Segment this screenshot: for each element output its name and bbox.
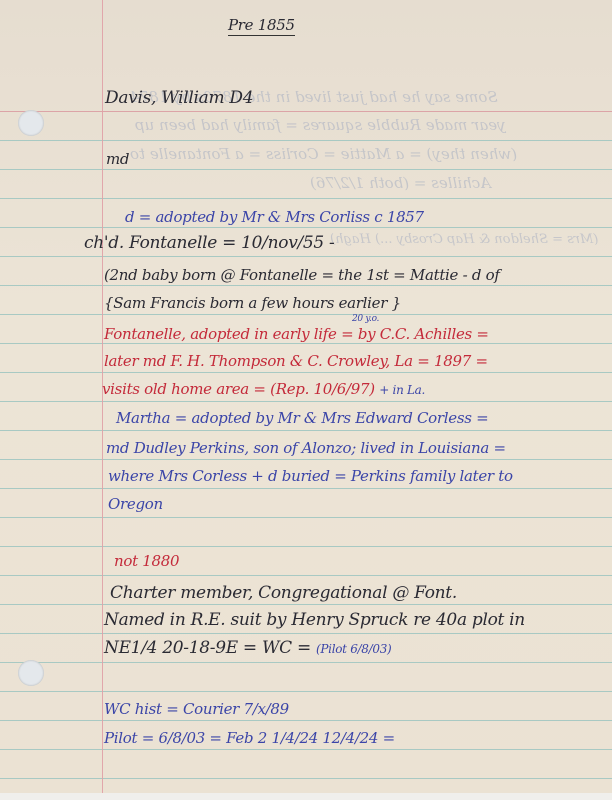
ruled-line <box>0 749 612 750</box>
charter-note: Charter member, Congregational @ Font. <box>110 583 457 603</box>
bleed-through-text: year made Rubble squares = family had be… <box>135 116 506 134</box>
lined-paper-page: Some say he had just lived in the 1870s … <box>0 0 612 793</box>
ruled-line <box>0 575 612 576</box>
top-red-rule <box>0 111 612 112</box>
ruled-line <box>0 140 612 141</box>
binder-hole-bottom <box>18 660 44 686</box>
red-note-line2: later md F. H. Thompson & C. Crowley, La… <box>104 352 488 370</box>
ruled-line <box>0 488 612 489</box>
ruled-line <box>0 343 612 344</box>
age-superscript: 20 y.o. <box>352 314 379 324</box>
ruled-line <box>0 169 612 170</box>
pilot-note: Pilot = 6/8/03 = Feb 2 1/4/24 12/4/24 = <box>104 729 395 747</box>
red-note-line3-text: visits old home area = (Rep. 10/6/97) <box>102 380 375 398</box>
ruled-line <box>0 401 612 402</box>
ruled-line <box>0 691 612 692</box>
wc-hist-note: WC hist = Courier 7/x/89 <box>104 700 289 718</box>
ruled-line <box>0 198 612 199</box>
martha-note-line4: Oregon <box>108 495 163 513</box>
red-note-line1-text: Fontanelle, adopted in early life = by C… <box>104 325 489 343</box>
birth-note: ch'd. Fontanelle = 10/nov/55 - <box>84 233 335 253</box>
red-date: not 1880 <box>114 552 179 570</box>
bleed-through-text: Achilles = (both 1/2/76) <box>310 174 491 192</box>
ruled-line <box>0 604 612 605</box>
ruled-line <box>0 517 612 518</box>
header-label: Pre 1855 <box>228 16 295 36</box>
martha-note-line1: Martha = adopted by Mr & Mrs Edward Corl… <box>116 409 488 427</box>
bleed-through-text: (when they) = a Mattie = Corliss = a Fon… <box>130 145 517 163</box>
ruled-line <box>0 459 612 460</box>
ruled-line <box>0 662 612 663</box>
suit-note-line1: Named in R.E. suit by Henry Spruck re 40… <box>104 610 525 630</box>
ruled-line <box>0 430 612 431</box>
bleed-through-text: (Mrs = Sheldon & Hap Crosby ...) Hagh) <box>330 232 598 247</box>
ruled-line <box>0 285 612 286</box>
red-note-line3-suffix: + in La. <box>379 383 425 397</box>
ruled-line <box>0 372 612 373</box>
ruled-line <box>0 720 612 721</box>
ruled-line <box>0 633 612 634</box>
header-text: Pre 1855 <box>228 16 295 34</box>
martha-note-line3: where Mrs Corless + d buried = Perkins f… <box>108 467 513 485</box>
ruled-line <box>0 314 612 315</box>
martha-note-line2: md Dudley Perkins, son of Alonzo; lived … <box>106 439 506 457</box>
bracket-note-line2: {Sam Francis born a few hours earlier } <box>104 294 401 312</box>
ruled-line <box>0 778 612 779</box>
person-name: Davis, William D4 <box>105 88 253 108</box>
ruled-line <box>0 227 612 228</box>
bracket-note-line1: (2nd baby born @ Fontanelle = the 1st = … <box>104 266 500 284</box>
suit-note-line2: NE1/4 20-18-9E = WC = (Pilot 6/8/03) <box>104 638 391 658</box>
binder-hole-top <box>18 110 44 136</box>
ruled-line <box>0 256 612 257</box>
suit-note-line2-text: NE1/4 20-18-9E = WC = <box>104 638 311 658</box>
suit-note-line2-suffix: (Pilot 6/8/03) <box>316 642 391 656</box>
red-note-line3: visits old home area = (Rep. 10/6/97) + … <box>102 380 425 398</box>
ruled-line <box>0 546 612 547</box>
scan-background-strip <box>0 793 612 800</box>
adoption-note: d = adopted by Mr & Mrs Corliss c 1857 <box>125 208 424 226</box>
married-label: md <box>106 150 129 168</box>
red-note-line1: Fontanelle, adopted in early life = by C… <box>104 325 489 343</box>
